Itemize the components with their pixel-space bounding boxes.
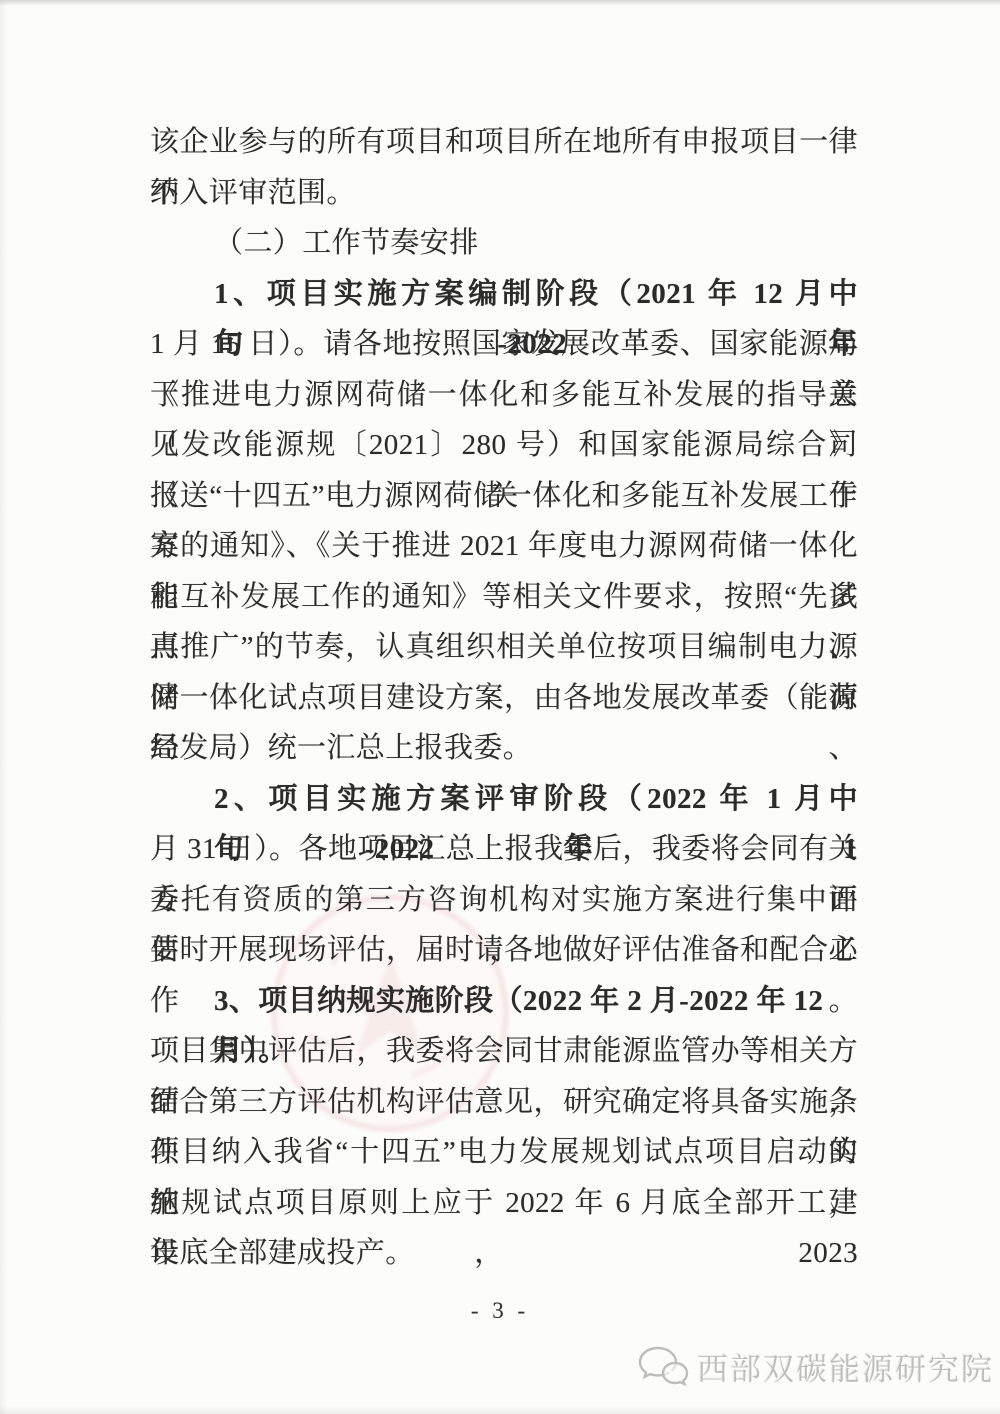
text-line: 项目纳入我省“十四五”电力发展规划试点项目启动实施， <box>150 1127 858 1178</box>
text-line: 报送“十四五”电力源网荷储一体化和多能互补发展工作方 <box>150 471 858 522</box>
watermark-label: 西部双碳能源研究院 <box>697 1344 994 1389</box>
text-line: 案的通知》、《关于推进 2021 年度电力源网荷储一体化和多 <box>150 521 858 572</box>
text-line: 项目集中评估后，我委将会同甘肃能源监管办等相关方面， <box>150 1026 858 1077</box>
scan-edge-shadow-top <box>0 0 1000 6</box>
heading-line: 1、项目实施方案编制阶段（2021 年 12 月中旬-2022 年 <box>150 269 858 320</box>
scan-edge-shadow-left <box>0 0 7 1414</box>
footer-watermark: 西部双碳能源研究院 <box>637 1344 994 1389</box>
page-number: - 3 - <box>0 1298 1000 1324</box>
text-line: 于推进电力源网荷储一体化和多能互补发展的指导意见》 <box>150 370 858 421</box>
text-line: 储一体化试点项目建设方案，由各地发展改革委（能源局、 <box>150 673 858 724</box>
text-line: 能互补发展工作的通知》等相关文件要求，按照“先试点、 <box>150 572 858 623</box>
text-line: 纳规试点项目原则上应于 2022 年 6 月底全部开工建设，2023 <box>150 1178 858 1229</box>
wechat-icon <box>637 1345 689 1389</box>
heading-line: 2、项目实施方案评审阶段（2022 年 1 月中旬-2022 年 1 <box>150 774 858 825</box>
section-heading: （二）工作节奏安排 <box>150 218 858 269</box>
text-line: 月 31 日）。各地项目汇总上报我委后，我委将会同有关方面 <box>150 824 858 875</box>
text-line: 该企业参与的所有项目和项目所在地所有申报项目一律不 <box>150 117 858 168</box>
document-body: 该企业参与的所有项目和项目所在地所有申报项目一律不 纳入评审范围。 （二）工作节… <box>150 117 858 1279</box>
text-line: 1 月 15 日）。请各地按照国家发展改革委、国家能源局《关 <box>150 319 858 370</box>
heading-line: 3、项目纳规实施阶段（2022 年 2 月-2022 年 12 月）。 <box>150 976 858 1027</box>
text-line: 要时开展现场评估，届时请各地做好评估准备和配合工作。 <box>150 925 858 976</box>
text-line: 再推广”的节奏，认真组织相关单位按项目编制电力源网荷 <box>150 622 858 673</box>
document-page: 该企业参与的所有项目和项目所在地所有申报项目一律不 纳入评审范围。 （二）工作节… <box>0 0 1000 1414</box>
text-line: 结合第三方评估机构评估意见，研究确定将具备实施条件的 <box>150 1077 858 1128</box>
text-line: 纳入评审范围。 <box>150 168 858 219</box>
text-line: （发改能源规〔2021〕280 号）和国家能源局综合司《关于 <box>150 420 858 471</box>
text-line: 委托有资质的第三方咨询机构对实施方案进行集中评估，必 <box>150 875 858 926</box>
scan-edge-shadow-bottom <box>0 1406 1000 1414</box>
